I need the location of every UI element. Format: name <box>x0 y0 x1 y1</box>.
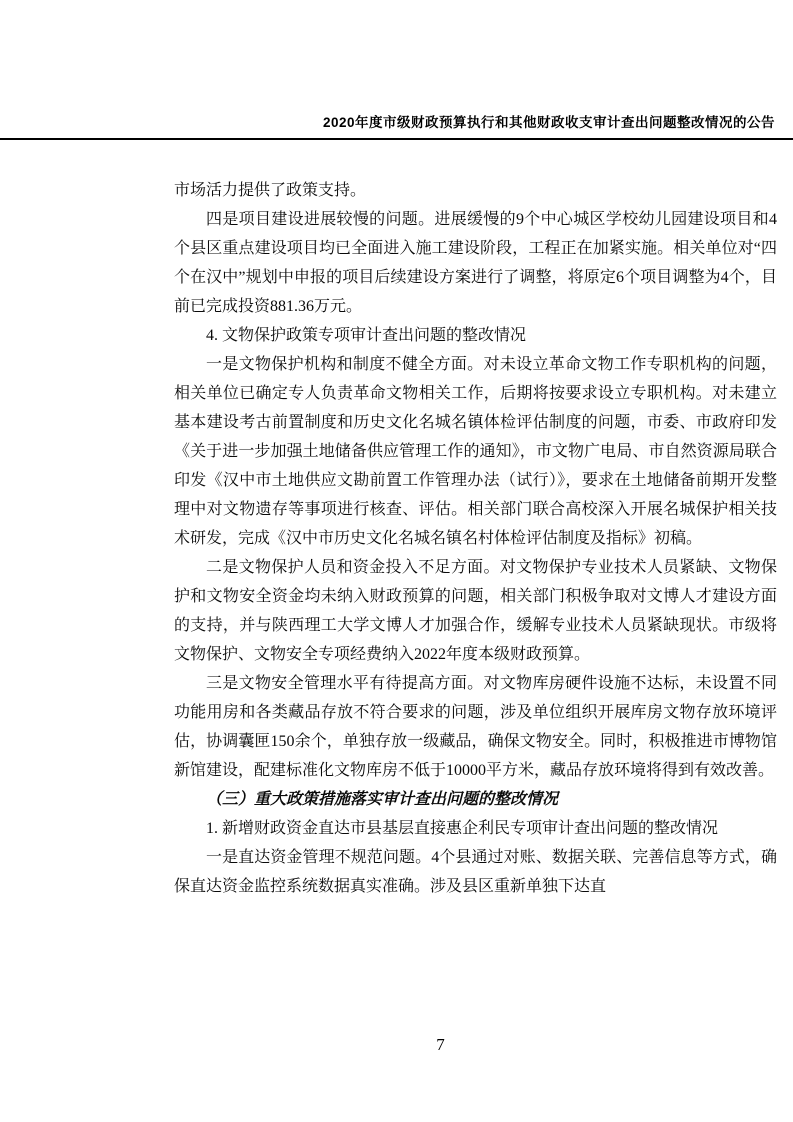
paragraph: 1. 新增财政资金直达市县基层直接惠企利民专项审计查出问题的整改情况 <box>174 814 777 843</box>
paragraph: 二是文物保护人员和资金投入不足方面。对文物保护专业技术人员紧缺、文物保护和文物安… <box>174 553 777 669</box>
paragraph: 一是直达资金管理不规范问题。4个县通过对账、数据关联、完善信息等方式，确保直达资… <box>174 843 777 901</box>
document-body: 市场活力提供了政策支持。四是项目建设进展较慢的问题。进展缓慢的9个中心城区学校幼… <box>174 176 777 901</box>
paragraph: 市场活力提供了政策支持。 <box>174 176 777 205</box>
paragraph: 三是文物安全管理水平有待提高方面。对文物库房硬件设施不达标，未设置不同功能用房和… <box>174 669 777 785</box>
paragraph: 四是项目建设进展较慢的问题。进展缓慢的9个中心城区学校幼儿园建设项目和4个县区重… <box>174 205 777 321</box>
header-rule <box>0 138 793 140</box>
page-number: 7 <box>88 1030 793 1059</box>
paragraph: 一是文物保护机构和制度不健全方面。对未设立革命文物工作专职机构的问题，相关单位已… <box>174 350 777 553</box>
document-page: 2020年度市级财政预算执行和其他财政收支审计查出问题整改情况的公告 市场活力提… <box>0 0 793 1122</box>
paragraph: （三）重大政策措施落实审计查出问题的整改情况 <box>174 785 777 814</box>
paragraph: 4. 文物保护政策专项审计查出问题的整改情况 <box>174 321 777 350</box>
running-header-title: 2020年度市级财政预算执行和其他财政收支审计查出问题整改情况的公告 <box>0 113 775 133</box>
